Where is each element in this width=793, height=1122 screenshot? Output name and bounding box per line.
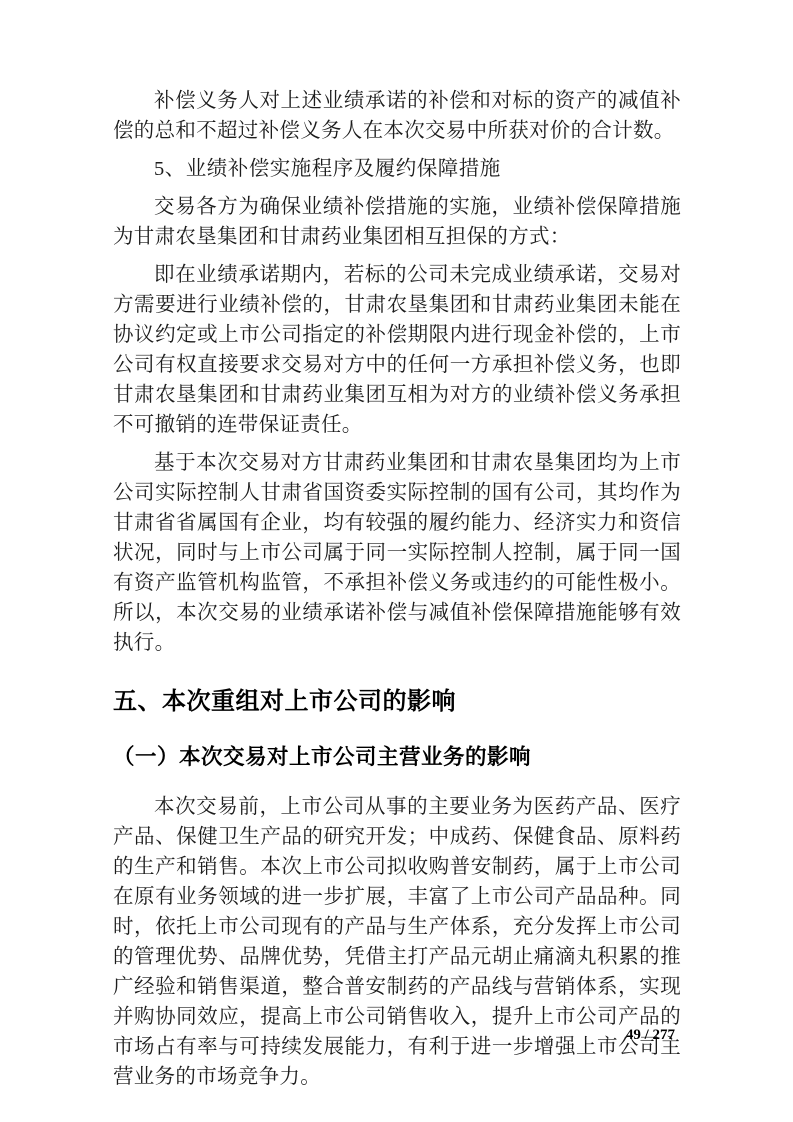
document-content: 补偿义务人对上述业绩承诺的补偿和对标的资产的减值补偿的总和不超过补偿义务人在本次… [113, 86, 681, 1100]
paragraph-compensation-cap: 补偿义务人对上述业绩承诺的补偿和对标的资产的减值补偿的总和不超过补偿义务人在本次… [113, 86, 681, 146]
paragraph-mutual-guarantee-intro: 交易各方为确保业绩补偿措施的实施，业绩补偿保障措施为甘肃农垦集团和甘肃药业集团相… [113, 192, 681, 252]
subsection-heading-main-business-impact: （一）本次交易对上市公司主营业务的影响 [113, 742, 681, 772]
page-number: 49 / 277 [626, 1027, 675, 1044]
paragraph-main-business-impact: 本次交易前，上市公司从事的主要业务为医药产品、医疗产品、保健卫生产品的研究开发；… [113, 792, 681, 1092]
section-heading-restructuring-impact: 五、本次重组对上市公司的影响 [113, 686, 681, 718]
paragraph-soe-credit-background: 基于本次交易对方甘肃药业集团和甘肃农垦集团均为上市公司实际控制人甘肃省国资委实际… [113, 448, 681, 658]
heading-item-5-performance-compensation-procedures: 5、业绩补偿实施程序及履约保障措施 [113, 154, 681, 184]
paragraph-mutual-guarantee-detail: 即在业绩承诺期内，若标的公司未完成业绩承诺，交易对方需要进行业绩补偿的，甘肃农垦… [113, 260, 681, 440]
document-page: 补偿义务人对上述业绩承诺的补偿和对标的资产的减值补偿的总和不超过补偿义务人在本次… [0, 0, 793, 1122]
